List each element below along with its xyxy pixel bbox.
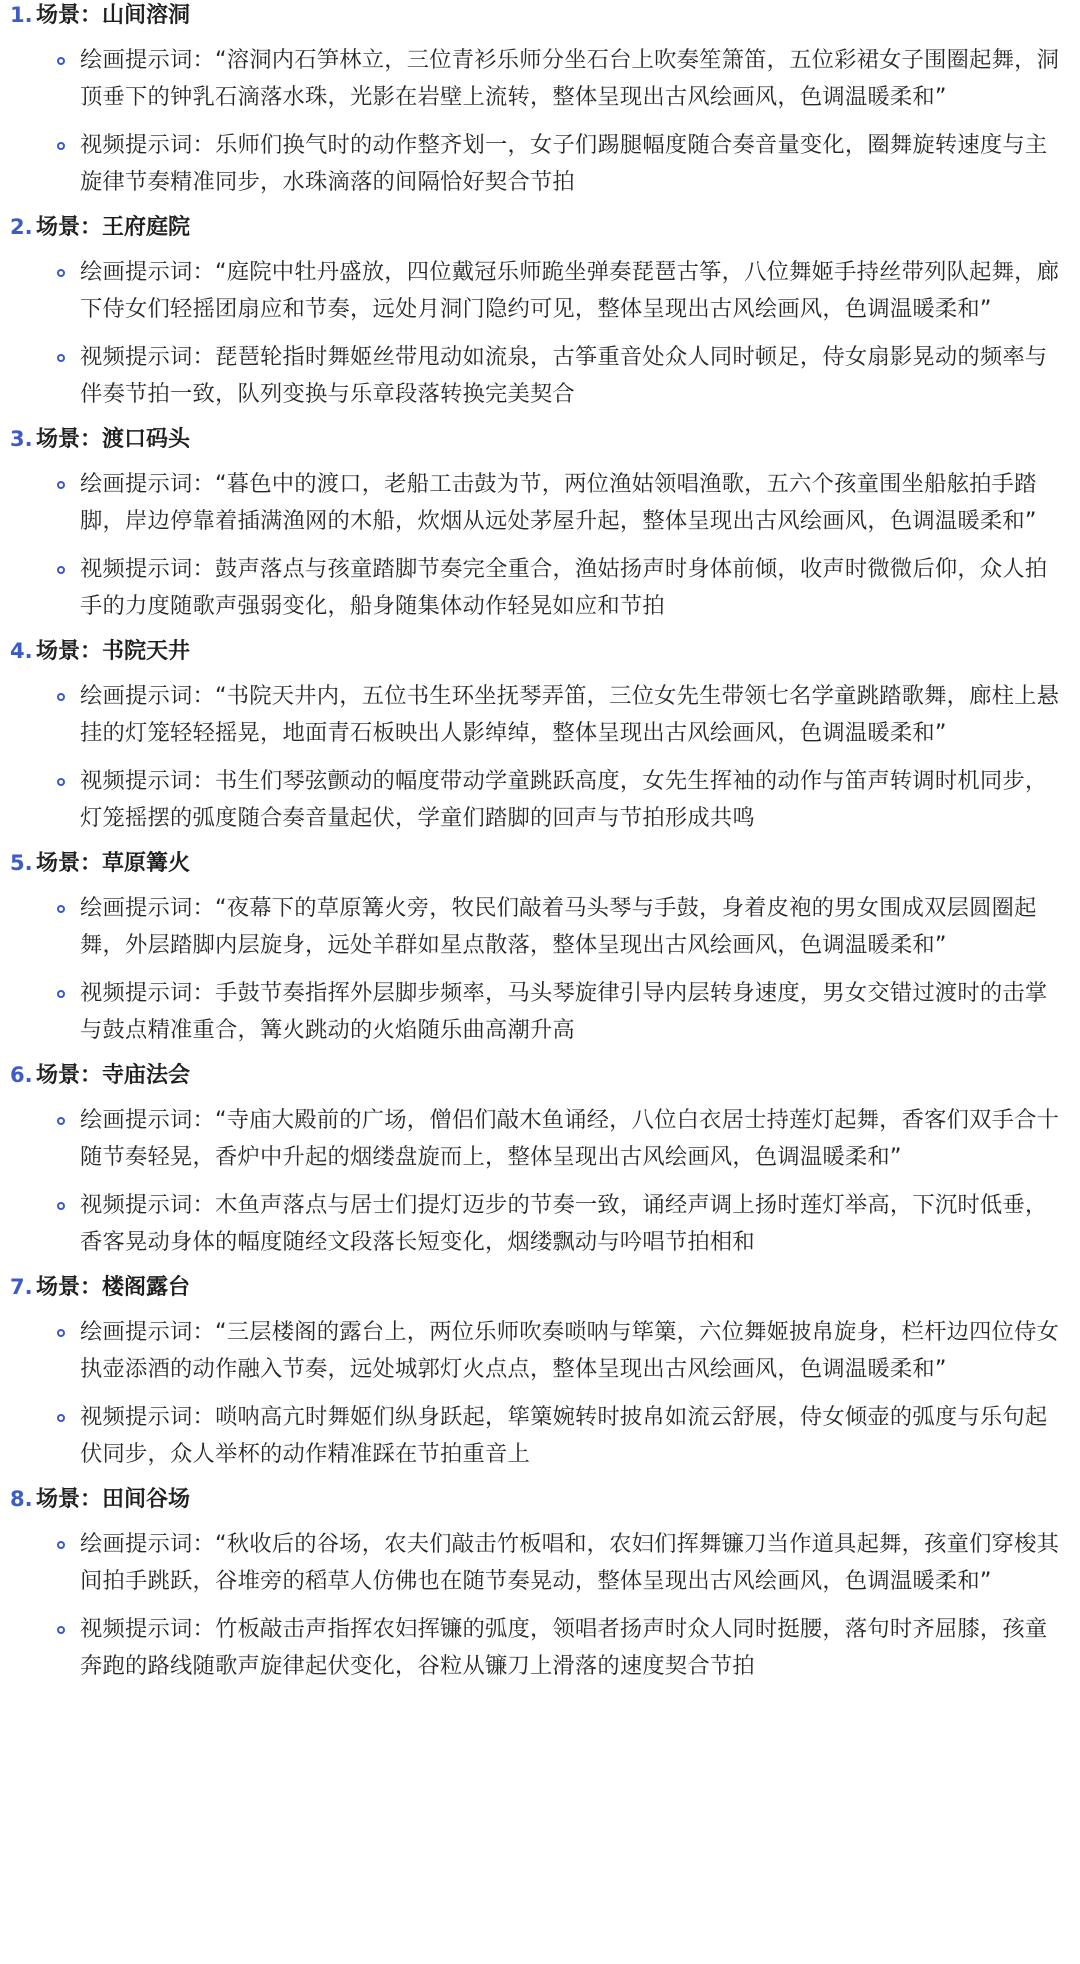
scene-label: 场景 <box>36 1273 80 1303</box>
bullet-circle-icon <box>57 1117 65 1125</box>
scene-section: 4. 场景：书院天井 绘画提示词：“书院天井内，五位书生环坐抚琴弄笛，三位女先生… <box>10 636 1062 837</box>
video-prompt: 视频提示词：琵琶轮指时舞姬丝带甩动如流泉，古筝重音处众人同时顿足，侍女扇影晃动的… <box>10 339 1062 413</box>
scene-label: 场景 <box>36 849 80 879</box>
painting-prompt-label: 绘画提示词： <box>80 683 215 709</box>
video-prompt-text: 书生们琴弦颤动的幅度带动学童跳跃高度，女先生挥袖的动作与笛声转调时机同步，灯笼摇… <box>80 768 1047 831</box>
scene-title: 田间谷场 <box>102 1485 190 1515</box>
bullet-circle-icon <box>57 1626 65 1634</box>
painting-prompt: 绘画提示词：“寺庙大殿前的广场，僧侣们敲木鱼诵经，八位白衣居士持莲灯起舞，香客们… <box>10 1102 1062 1176</box>
scene-label: 场景 <box>36 1 80 31</box>
prompt-list: 绘画提示词：“庭院中牡丹盛放，四位戴冠乐师跪坐弹奏琵琶古筝，八位舞姬手持丝带列队… <box>10 254 1062 413</box>
painting-prompt-text: “庭院中牡丹盛放，四位戴冠乐师跪坐弹奏琵琶古筝，八位舞姬手持丝带列队起舞，廊下侍… <box>80 259 1059 322</box>
painting-prompt: 绘画提示词：“夜幕下的草原篝火旁，牧民们敲着马头琴与手鼓，身着皮袍的男女围成双层… <box>10 890 1062 964</box>
video-prompt: 视频提示词：书生们琴弦颤动的幅度带动学童跳跃高度，女先生挥袖的动作与笛声转调时机… <box>10 763 1062 837</box>
video-prompt: 视频提示词：竹板敲击声指挥农妇挥镰的弧度，领唱者扬声时众人同时挺腰，落句时齐屈膝… <box>10 1611 1062 1685</box>
video-prompt-text: 乐师们换气时的动作整齐划一，女子们踢腿幅度随合奏音量变化，圈舞旋转速度与主旋律节… <box>80 132 1047 195</box>
painting-prompt-label: 绘画提示词： <box>80 1531 215 1557</box>
painting-prompt-text: “三层楼阁的露台上，两位乐师吹奏唢呐与筚篥，六位舞姬披帛旋身，栏杆边四位侍女执壶… <box>80 1319 1059 1382</box>
scene-label: 场景 <box>36 1485 80 1515</box>
prompt-list: 绘画提示词：“暮色中的渡口，老船工击鼓为节，两位渔姑领唱渔歌，五六个孩童围坐船舷… <box>10 466 1062 625</box>
bullet-circle-icon <box>57 481 65 489</box>
scene-label: 场景 <box>36 637 80 667</box>
scene-heading: 8. 场景：田间谷场 <box>10 1484 1062 1514</box>
video-prompt-label: 视频提示词： <box>80 344 215 370</box>
video-prompt-label: 视频提示词： <box>80 980 215 1006</box>
video-prompt-label: 视频提示词： <box>80 132 215 158</box>
scene-title: 渡口码头 <box>102 425 190 455</box>
scene-heading: 3. 场景：渡口码头 <box>10 424 1062 454</box>
scene-colon: ： <box>80 1061 102 1091</box>
bullet-circle-icon <box>57 57 65 65</box>
video-prompt: 视频提示词：木鱼声落点与居士们提灯迈步的节奏一致，诵经声调上扬时莲灯举高，下沉时… <box>10 1187 1062 1261</box>
bullet-circle-icon <box>57 905 65 913</box>
painting-prompt-label: 绘画提示词： <box>80 1319 215 1345</box>
scene-heading: 2. 场景：王府庭院 <box>10 212 1062 242</box>
painting-prompt-text: “书院天井内，五位书生环坐抚琴弄笛，三位女先生带领七名学童跳踏歌舞，廊柱上悬挂的… <box>80 683 1059 746</box>
video-prompt-label: 视频提示词： <box>80 1192 215 1218</box>
scene-prompt-list: 1. 场景：山间溶洞 绘画提示词：“溶洞内石笋林立，三位青衫乐师分坐石台上吹奏笙… <box>0 0 1080 1685</box>
scene-title: 楼阁露台 <box>102 1273 190 1303</box>
scene-title: 草原篝火 <box>102 849 190 879</box>
scene-colon: ： <box>80 1485 102 1515</box>
scene-section: 6. 场景：寺庙法会 绘画提示词：“寺庙大殿前的广场，僧侣们敲木鱼诵经，八位白衣… <box>10 1060 1062 1261</box>
scene-heading: 1. 场景：山间溶洞 <box>10 0 1062 30</box>
video-prompt: 视频提示词：唢呐高亢时舞姬们纵身跃起，筚篥婉转时披帛如流云舒展，侍女倾壶的弧度与… <box>10 1399 1062 1473</box>
video-prompt-text: 手鼓节奏指挥外层脚步频率，马头琴旋律引导内层转身速度，男女交错过渡时的击掌与鼓点… <box>80 980 1047 1043</box>
bullet-circle-icon <box>57 269 65 277</box>
scene-title: 山间溶洞 <box>102 1 190 31</box>
bullet-circle-icon <box>57 693 65 701</box>
bullet-circle-icon <box>57 1541 65 1549</box>
scene-number: 4. <box>10 636 36 666</box>
scene-colon: ： <box>80 637 102 667</box>
painting-prompt-text: “暮色中的渡口，老船工击鼓为节，两位渔姑领唱渔歌，五六个孩童围坐船舷拍手踏脚，岸… <box>80 471 1037 534</box>
scene-number: 1. <box>10 0 36 30</box>
painting-prompt-label: 绘画提示词： <box>80 259 215 285</box>
scene-number: 7. <box>10 1272 36 1302</box>
painting-prompt: 绘画提示词：“书院天井内，五位书生环坐抚琴弄笛，三位女先生带领七名学童跳踏歌舞，… <box>10 678 1062 752</box>
prompt-list: 绘画提示词：“寺庙大殿前的广场，僧侣们敲木鱼诵经，八位白衣居士持莲灯起舞，香客们… <box>10 1102 1062 1261</box>
prompt-list: 绘画提示词：“三层楼阁的露台上，两位乐师吹奏唢呐与筚篥，六位舞姬披帛旋身，栏杆边… <box>10 1314 1062 1473</box>
scene-section: 7. 场景：楼阁露台 绘画提示词：“三层楼阁的露台上，两位乐师吹奏唢呐与筚篥，六… <box>10 1272 1062 1473</box>
video-prompt: 视频提示词：乐师们换气时的动作整齐划一，女子们踢腿幅度随合奏音量变化，圈舞旋转速… <box>10 127 1062 201</box>
scene-label: 场景 <box>36 425 80 455</box>
scene-colon: ： <box>80 1273 102 1303</box>
prompt-list: 绘画提示词：“书院天井内，五位书生环坐抚琴弄笛，三位女先生带领七名学童跳踏歌舞，… <box>10 678 1062 837</box>
painting-prompt-label: 绘画提示词： <box>80 1107 215 1133</box>
video-prompt-label: 视频提示词： <box>80 556 215 582</box>
scene-number: 3. <box>10 424 36 454</box>
video-prompt-text: 琵琶轮指时舞姬丝带甩动如流泉，古筝重音处众人同时顿足，侍女扇影晃动的频率与伴奏节… <box>80 344 1047 407</box>
painting-prompt: 绘画提示词：“暮色中的渡口，老船工击鼓为节，两位渔姑领唱渔歌，五六个孩童围坐船舷… <box>10 466 1062 540</box>
video-prompt-text: 鼓声落点与孩童踏脚节奏完全重合，渔姑扬声时身体前倾，收声时微微后仰，众人拍手的力… <box>80 556 1047 619</box>
bullet-circle-icon <box>57 990 65 998</box>
video-prompt-label: 视频提示词： <box>80 1616 215 1642</box>
scene-section: 3. 场景：渡口码头 绘画提示词：“暮色中的渡口，老船工击鼓为节，两位渔姑领唱渔… <box>10 424 1062 625</box>
painting-prompt-text: “夜幕下的草原篝火旁，牧民们敲着马头琴与手鼓，身着皮袍的男女围成双层圆圈起舞，外… <box>80 895 1037 958</box>
video-prompt-label: 视频提示词： <box>80 1404 215 1430</box>
scene-section: 1. 场景：山间溶洞 绘画提示词：“溶洞内石笋林立，三位青衫乐师分坐石台上吹奏笙… <box>10 0 1062 201</box>
prompt-list: 绘画提示词：“夜幕下的草原篝火旁，牧民们敲着马头琴与手鼓，身着皮袍的男女围成双层… <box>10 890 1062 1049</box>
scene-label: 场景 <box>36 213 80 243</box>
bullet-circle-icon <box>57 778 65 786</box>
scene-colon: ： <box>80 1 102 31</box>
painting-prompt-label: 绘画提示词： <box>80 471 215 497</box>
scene-heading: 6. 场景：寺庙法会 <box>10 1060 1062 1090</box>
video-prompt-label: 视频提示词： <box>80 768 215 794</box>
scene-colon: ： <box>80 425 102 455</box>
scene-title: 书院天井 <box>102 637 190 667</box>
scene-number: 8. <box>10 1484 36 1514</box>
bullet-circle-icon <box>57 354 65 362</box>
painting-prompt: 绘画提示词：“庭院中牡丹盛放，四位戴冠乐师跪坐弹奏琵琶古筝，八位舞姬手持丝带列队… <box>10 254 1062 328</box>
painting-prompt-text: “寺庙大殿前的广场，僧侣们敲木鱼诵经，八位白衣居士持莲灯起舞，香客们双手合十随节… <box>80 1107 1059 1170</box>
painting-prompt-label: 绘画提示词： <box>80 895 215 921</box>
bullet-circle-icon <box>57 1329 65 1337</box>
scene-colon: ： <box>80 213 102 243</box>
painting-prompt: 绘画提示词：“三层楼阁的露台上，两位乐师吹奏唢呐与筚篥，六位舞姬披帛旋身，栏杆边… <box>10 1314 1062 1388</box>
bullet-circle-icon <box>57 142 65 150</box>
prompt-list: 绘画提示词：“溶洞内石笋林立，三位青衫乐师分坐石台上吹奏笙箫笛，五位彩裙女子围圈… <box>10 42 1062 201</box>
painting-prompt-text: “秋收后的谷场，农夫们敲击竹板唱和，农妇们挥舞镰刀当作道具起舞，孩童们穿梭其间拍… <box>80 1531 1059 1594</box>
painting-prompt-label: 绘画提示词： <box>80 47 215 73</box>
scene-section: 2. 场景：王府庭院 绘画提示词：“庭院中牡丹盛放，四位戴冠乐师跪坐弹奏琵琶古筝… <box>10 212 1062 413</box>
scene-colon: ： <box>80 849 102 879</box>
painting-prompt: 绘画提示词：“溶洞内石笋林立，三位青衫乐师分坐石台上吹奏笙箫笛，五位彩裙女子围圈… <box>10 42 1062 116</box>
scene-title: 王府庭院 <box>102 213 190 243</box>
bullet-circle-icon <box>57 566 65 574</box>
scene-heading: 7. 场景：楼阁露台 <box>10 1272 1062 1302</box>
scene-heading: 5. 场景：草原篝火 <box>10 848 1062 878</box>
painting-prompt-text: “溶洞内石笋林立，三位青衫乐师分坐石台上吹奏笙箫笛，五位彩裙女子围圈起舞，洞顶垂… <box>80 47 1059 110</box>
bullet-circle-icon <box>57 1414 65 1422</box>
scene-number: 2. <box>10 212 36 242</box>
scene-title: 寺庙法会 <box>102 1061 190 1091</box>
video-prompt: 视频提示词：手鼓节奏指挥外层脚步频率，马头琴旋律引导内层转身速度，男女交错过渡时… <box>10 975 1062 1049</box>
prompt-list: 绘画提示词：“秋收后的谷场，农夫们敲击竹板唱和，农妇们挥舞镰刀当作道具起舞，孩童… <box>10 1526 1062 1685</box>
scene-number: 5. <box>10 848 36 878</box>
scene-heading: 4. 场景：书院天井 <box>10 636 1062 666</box>
bullet-circle-icon <box>57 1202 65 1210</box>
scene-number: 6. <box>10 1060 36 1090</box>
scene-label: 场景 <box>36 1061 80 1091</box>
video-prompt-text: 竹板敲击声指挥农妇挥镰的弧度，领唱者扬声时众人同时挺腰，落句时齐屈膝，孩童奔跑的… <box>80 1616 1047 1679</box>
painting-prompt: 绘画提示词：“秋收后的谷场，农夫们敲击竹板唱和，农妇们挥舞镰刀当作道具起舞，孩童… <box>10 1526 1062 1600</box>
scene-section: 5. 场景：草原篝火 绘画提示词：“夜幕下的草原篝火旁，牧民们敲着马头琴与手鼓，… <box>10 848 1062 1049</box>
video-prompt: 视频提示词：鼓声落点与孩童踏脚节奏完全重合，渔姑扬声时身体前倾，收声时微微后仰，… <box>10 551 1062 625</box>
video-prompt-text: 木鱼声落点与居士们提灯迈步的节奏一致，诵经声调上扬时莲灯举高，下沉时低垂，香客晃… <box>80 1192 1047 1255</box>
video-prompt-text: 唢呐高亢时舞姬们纵身跃起，筚篥婉转时披帛如流云舒展，侍女倾壶的弧度与乐句起伏同步… <box>80 1404 1047 1467</box>
scene-section: 8. 场景：田间谷场 绘画提示词：“秋收后的谷场，农夫们敲击竹板唱和，农妇们挥舞… <box>10 1484 1062 1685</box>
